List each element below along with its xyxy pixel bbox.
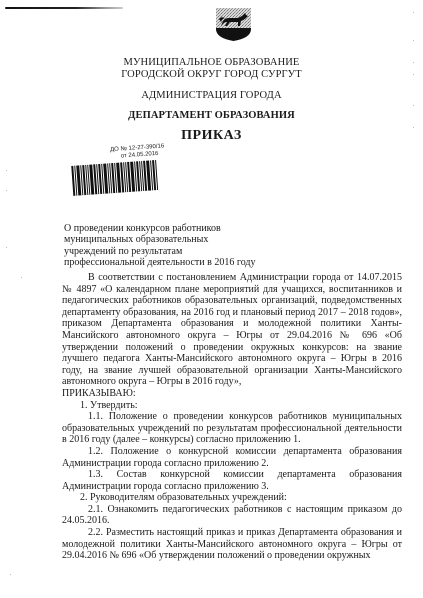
order-item-2: 2. Руководителям образовательных учрежде… [62, 492, 402, 504]
order-item-2-1: 2.1. Ознакомить педагогических работнико… [62, 504, 402, 527]
order-item-1-1: 1.1. Положение о проведении конкурсов ра… [62, 411, 402, 446]
surgut-coat-of-arms-fox-icon [215, 7, 252, 42]
order-body: В соответствии с постановлением Админист… [62, 272, 402, 562]
scan-speck [413, 12, 414, 13]
scan-speck [21, 277, 22, 278]
administration-title: АДМИНИСТРАЦИЯ ГОРОДА [0, 90, 423, 102]
scan-speck [6, 190, 7, 191]
scan-speck [413, 40, 414, 41]
scan-speck [6, 170, 7, 171]
scan-speck [413, 127, 414, 128]
preamble-paragraph: В соответствии с постановлением Админист… [62, 272, 402, 388]
order-subject: О проведении конкурсов работников муници… [64, 223, 324, 269]
subject-line: О проведении конкурсов работников [64, 223, 324, 234]
org-name-line-2: ГОРОДСКОЙ ОКРУГ ГОРОД СУРГУТ [0, 69, 423, 81]
barcode-icon [71, 159, 173, 196]
scan-speck [413, 105, 414, 106]
order-item-1-2: 1.2. Положение о конкурсной комиссии деп… [62, 446, 402, 469]
order-word: ПРИКАЗЫВАЮ: [62, 388, 402, 400]
document-type-title: ПРИКАЗ [0, 130, 423, 142]
department-title: ДЕПАРТАМЕНТ ОБРАЗОВАНИЯ [0, 110, 423, 122]
subject-line: учреждений по результатам [64, 246, 324, 257]
order-item-1-3: 1.3. Состав конкурсной комиссии департам… [62, 469, 402, 492]
registration-stamp: ДО № 12-27-390/16 от 24.05.2016 [70, 140, 184, 203]
scan-speck [413, 62, 414, 63]
order-item-1: 1. Утвердить: [62, 400, 402, 412]
subject-line: профессиональной деятельности в 2016 год… [64, 257, 324, 268]
scan-artifact-line [5, 7, 123, 9]
subject-line: муниципальных образовательных [64, 234, 324, 245]
scan-speck [6, 247, 7, 248]
order-item-2-2: 2.2. Разместить настоящий приказ и прика… [62, 527, 402, 562]
scan-speck [413, 74, 414, 75]
org-name-line-1: МУНИЦИПАЛЬНОЕ ОБРАЗОВАНИЕ [0, 57, 423, 69]
scan-speck [10, 574, 11, 575]
